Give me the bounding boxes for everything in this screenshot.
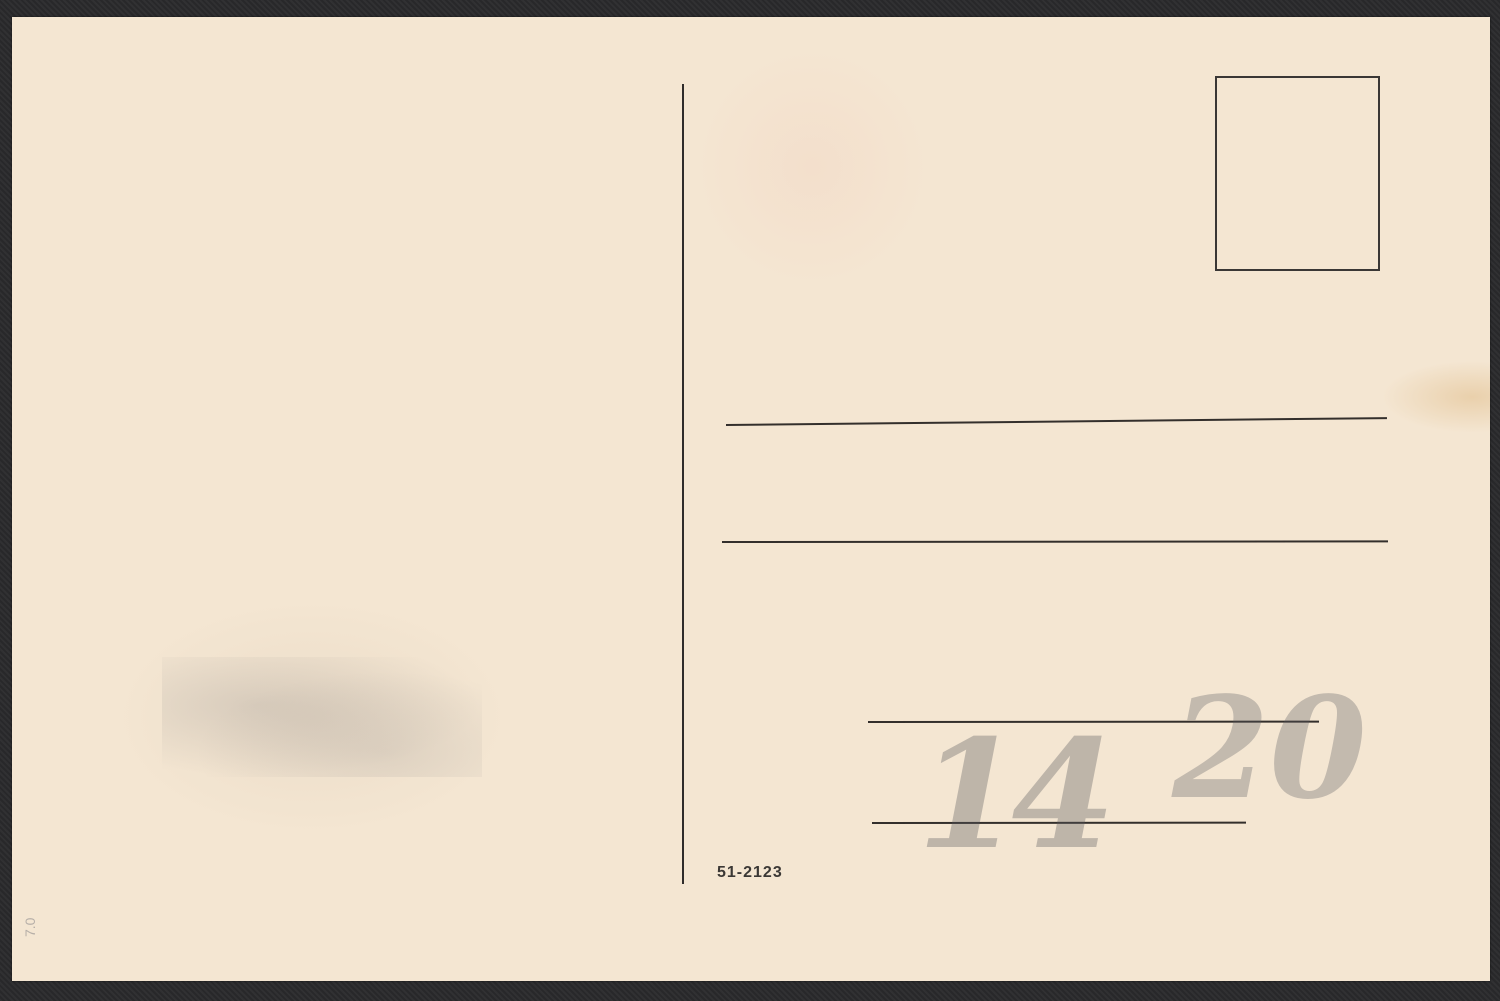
message-address-divider (682, 84, 684, 884)
address-line-2 (722, 540, 1388, 543)
pencil-mark-left: 14 (917, 707, 1106, 883)
pencil-mark-right: 20 (1172, 667, 1367, 831)
pencil-smudge (162, 657, 482, 777)
catalog-number: 51-2123 (717, 864, 783, 882)
postcard-back: 14 20 51-2123 7.0 (12, 17, 1490, 981)
stamp-box (1215, 76, 1380, 271)
address-line-1 (726, 417, 1387, 426)
edge-pencil-mark: 7.0 (22, 918, 38, 937)
